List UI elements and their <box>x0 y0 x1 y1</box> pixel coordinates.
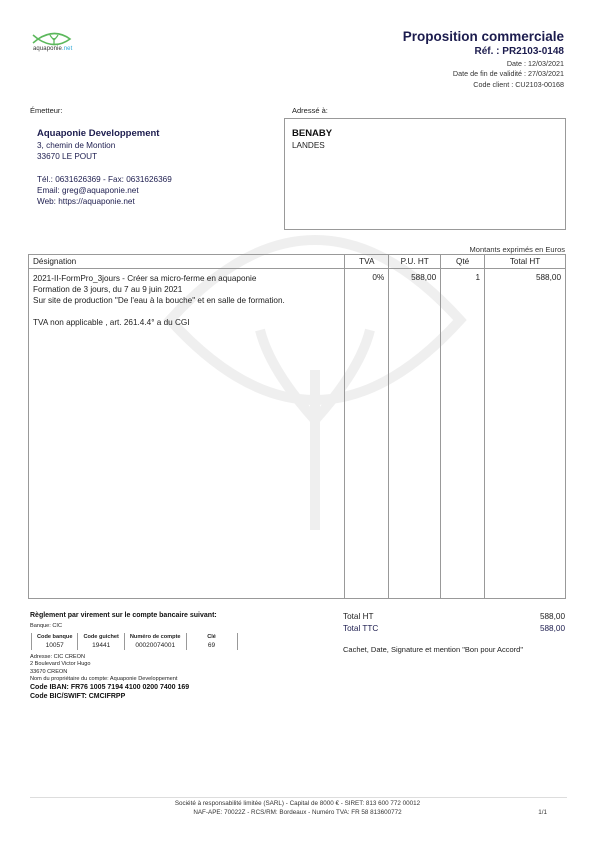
item-line: TVA non applicable , art. 261.4.4° a du … <box>33 317 340 328</box>
total-ht-label: Total HT <box>343 612 373 621</box>
sender-web[interactable]: Web: https://aquaponie.net <box>37 197 135 206</box>
logo-suffix: .net <box>62 46 72 52</box>
sender-address-2: 33670 LE POUT <box>37 152 97 161</box>
currency-note: Montants exprimés en Euros <box>470 245 565 254</box>
bank-account-number: 00020074001 <box>124 641 186 650</box>
header-tva: TVA <box>345 255 389 269</box>
bank-code-guichet: 19441 <box>78 641 124 650</box>
sender-name: Aquaponie Developpement <box>37 128 159 139</box>
recipient-label: Adressé à: <box>292 106 328 115</box>
footer-legal-2: NAF-APE: 70022Z - RCS/RM: Bordeaux - Num… <box>0 809 595 816</box>
sender-label: Émetteur: <box>30 106 63 115</box>
footer-divider <box>30 797 567 798</box>
table-row: 2021-II-FormPro_3jours - Créer sa micro-… <box>29 269 566 329</box>
bank-details-table: Code banque Code guichet Numéro de compt… <box>31 633 238 650</box>
item-line: Formation de 3 jours, du 7 au 9 juin 202… <box>33 284 340 295</box>
item-total: 588,00 <box>485 269 566 329</box>
signature-note: Cachet, Date, Signature et mention "Bon … <box>343 645 523 654</box>
bank-bic: Code BIC/SWIFT: CMCIFRPP <box>30 693 125 700</box>
validity-date: Date de fin de validité : 27/03/2021 <box>453 69 564 78</box>
bank-title: Règlement par virement sur le compte ban… <box>30 612 217 619</box>
recipient-name: BENABY <box>292 128 332 139</box>
header-total: Total HT <box>485 255 566 269</box>
bank-header-key: Clé <box>186 633 237 641</box>
item-line: 2021-II-FormPro_3jours - Créer sa micro-… <box>33 273 340 284</box>
bank-address-3: 33670 CREON <box>30 669 67 675</box>
bank-header-code-banque: Code banque <box>32 633 78 641</box>
table-filler <box>29 328 566 599</box>
bank-code-banque: 10057 <box>32 641 78 650</box>
item-designation: 2021-II-FormPro_3jours - Créer sa micro-… <box>29 269 345 329</box>
items-table: Désignation TVA P.U. HT Qté Total HT 202… <box>28 254 566 599</box>
footer-legal-1: Société à responsabilité limitée (SARL) … <box>0 800 595 807</box>
document-reference: Réf. : PR2103-0148 <box>475 46 565 57</box>
bank-iban: Code IBAN: FR76 1005 7194 4100 0200 7400… <box>30 684 189 691</box>
bank-key: 69 <box>186 641 237 650</box>
total-ttc-value: 588,00 <box>540 624 565 633</box>
sender-phone: Tél.: 0631626369 - Fax: 0631626369 <box>37 175 172 184</box>
total-ht-value: 588,00 <box>540 612 565 621</box>
item-unit-price: 588,00 <box>389 269 441 329</box>
header-qty: Qté <box>441 255 485 269</box>
sender-address-1: 3, chemin de Montion <box>37 141 115 150</box>
header-unit-price: P.U. HT <box>389 255 441 269</box>
logo-text: aquaponie.net <box>33 46 72 52</box>
recipient-address: LANDES <box>292 141 325 150</box>
sender-email[interactable]: Email: greg@aquaponie.net <box>37 186 139 195</box>
bank-name: Banque: CIC <box>30 623 62 629</box>
page-number: 1/1 <box>538 809 547 816</box>
item-line: Sur site de production "De l'eau à la bo… <box>33 295 340 306</box>
total-ttc-label: Total TTC <box>343 624 378 633</box>
bank-address-2: 2 Boulevard Victor Hugo <box>30 661 91 667</box>
bank-owner: Nom du propriétaire du compte: Aquaponie… <box>30 676 177 682</box>
table-header-row: Désignation TVA P.U. HT Qté Total HT <box>29 255 566 269</box>
document-title: Proposition commerciale <box>403 29 564 44</box>
item-line <box>33 306 340 317</box>
fish-sprout-logo-icon <box>30 30 80 56</box>
bank-header-code-guichet: Code guichet <box>78 633 124 641</box>
item-tva: 0% <box>345 269 389 329</box>
bank-header-account: Numéro de compte <box>124 633 186 641</box>
bank-address-1: Adresse: CIC CREON <box>30 654 85 660</box>
client-code: Code client : CU2103-00168 <box>473 80 564 89</box>
document-date: Date : 12/03/2021 <box>507 59 564 68</box>
logo-wordmark: aquaponie <box>33 46 62 52</box>
item-qty: 1 <box>441 269 485 329</box>
header-designation: Désignation <box>29 255 345 269</box>
